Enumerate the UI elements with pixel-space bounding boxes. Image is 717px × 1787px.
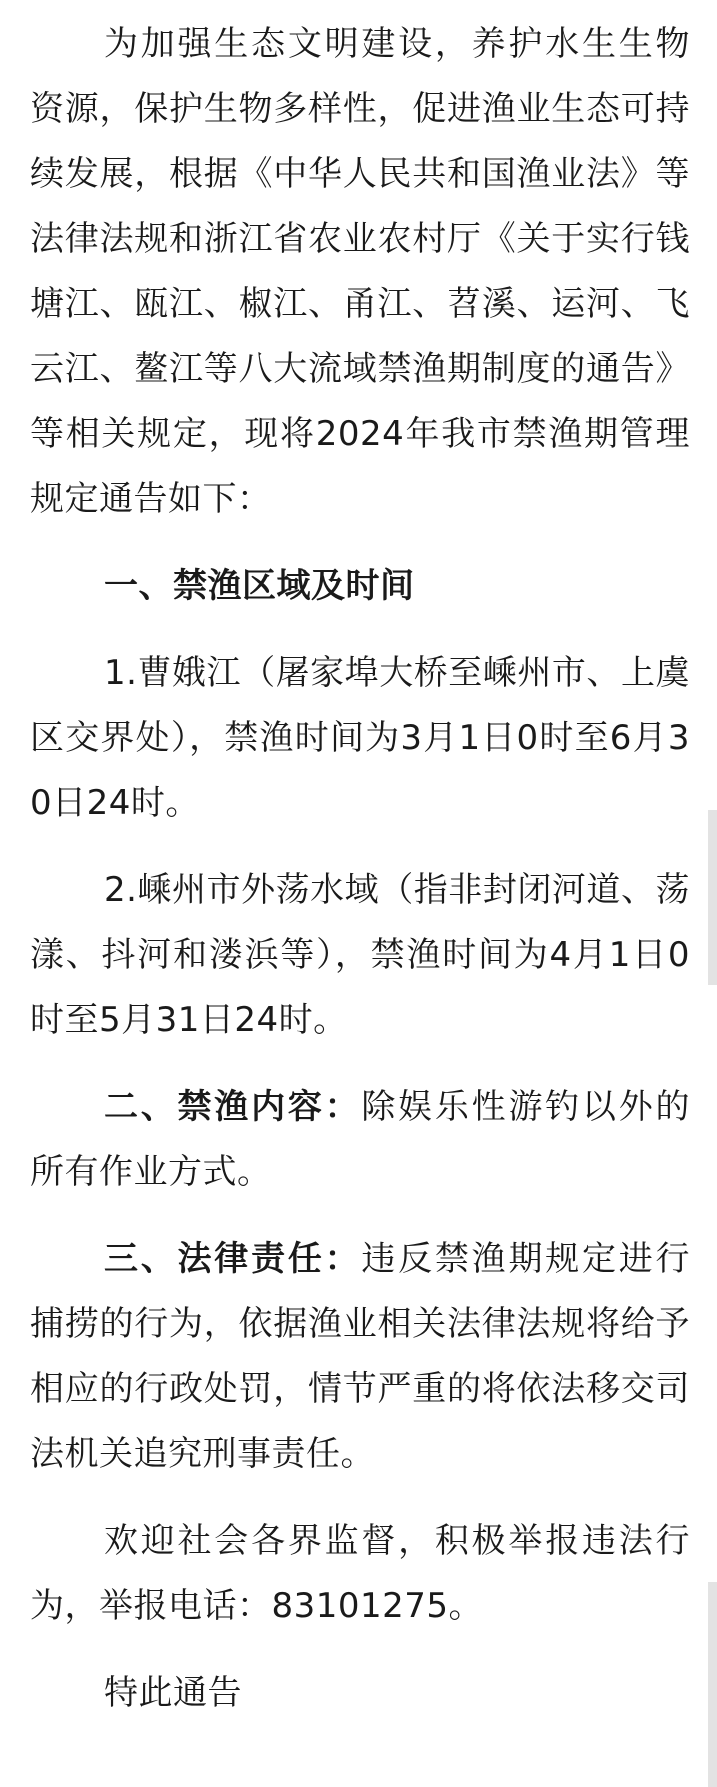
intro-paragraph: 为加强生态文明建设，养护水生生物资源，保护生物多样性，促进渔业生态可持续发展，根… — [30, 12, 690, 532]
section-2-paragraph: 二、禁渔内容：除娱乐性游钓以外的所有作业方式。 — [30, 1075, 690, 1205]
section-1-item-1: 1.曹娥江（屠家埠大桥至嵊州市、上虞区交界处），禁渔时间为3月1日0时至6月30… — [30, 641, 690, 836]
scrollbar-track-segment[interactable] — [708, 1582, 717, 1787]
report-paragraph: 欢迎社会各界监督，积极举报违法行为，举报电话：83101275。 — [30, 1509, 690, 1639]
section-1-item-2: 2.嵊州市外荡水域（指非封闭河道、荡漾、抖河和溇浜等），禁渔时间为4月1日0时至… — [30, 858, 690, 1053]
section-2-heading: 二、禁渔内容： — [104, 1087, 361, 1127]
closing-line: 特此通告 — [30, 1661, 690, 1726]
section-3-heading: 三、法律责任： — [104, 1239, 361, 1279]
notice-article: 为加强生态文明建设，养护水生生物资源，保护生物多样性，促进渔业生态可持续发展，根… — [30, 12, 690, 1726]
scrollbar-track-segment[interactable] — [708, 810, 717, 985]
section-1-heading: 一、禁渔区域及时间 — [30, 554, 690, 619]
section-3-paragraph: 三、法律责任：违反禁渔期规定进行捕捞的行为，依据渔业相关法律法规将给予相应的行政… — [30, 1227, 690, 1487]
